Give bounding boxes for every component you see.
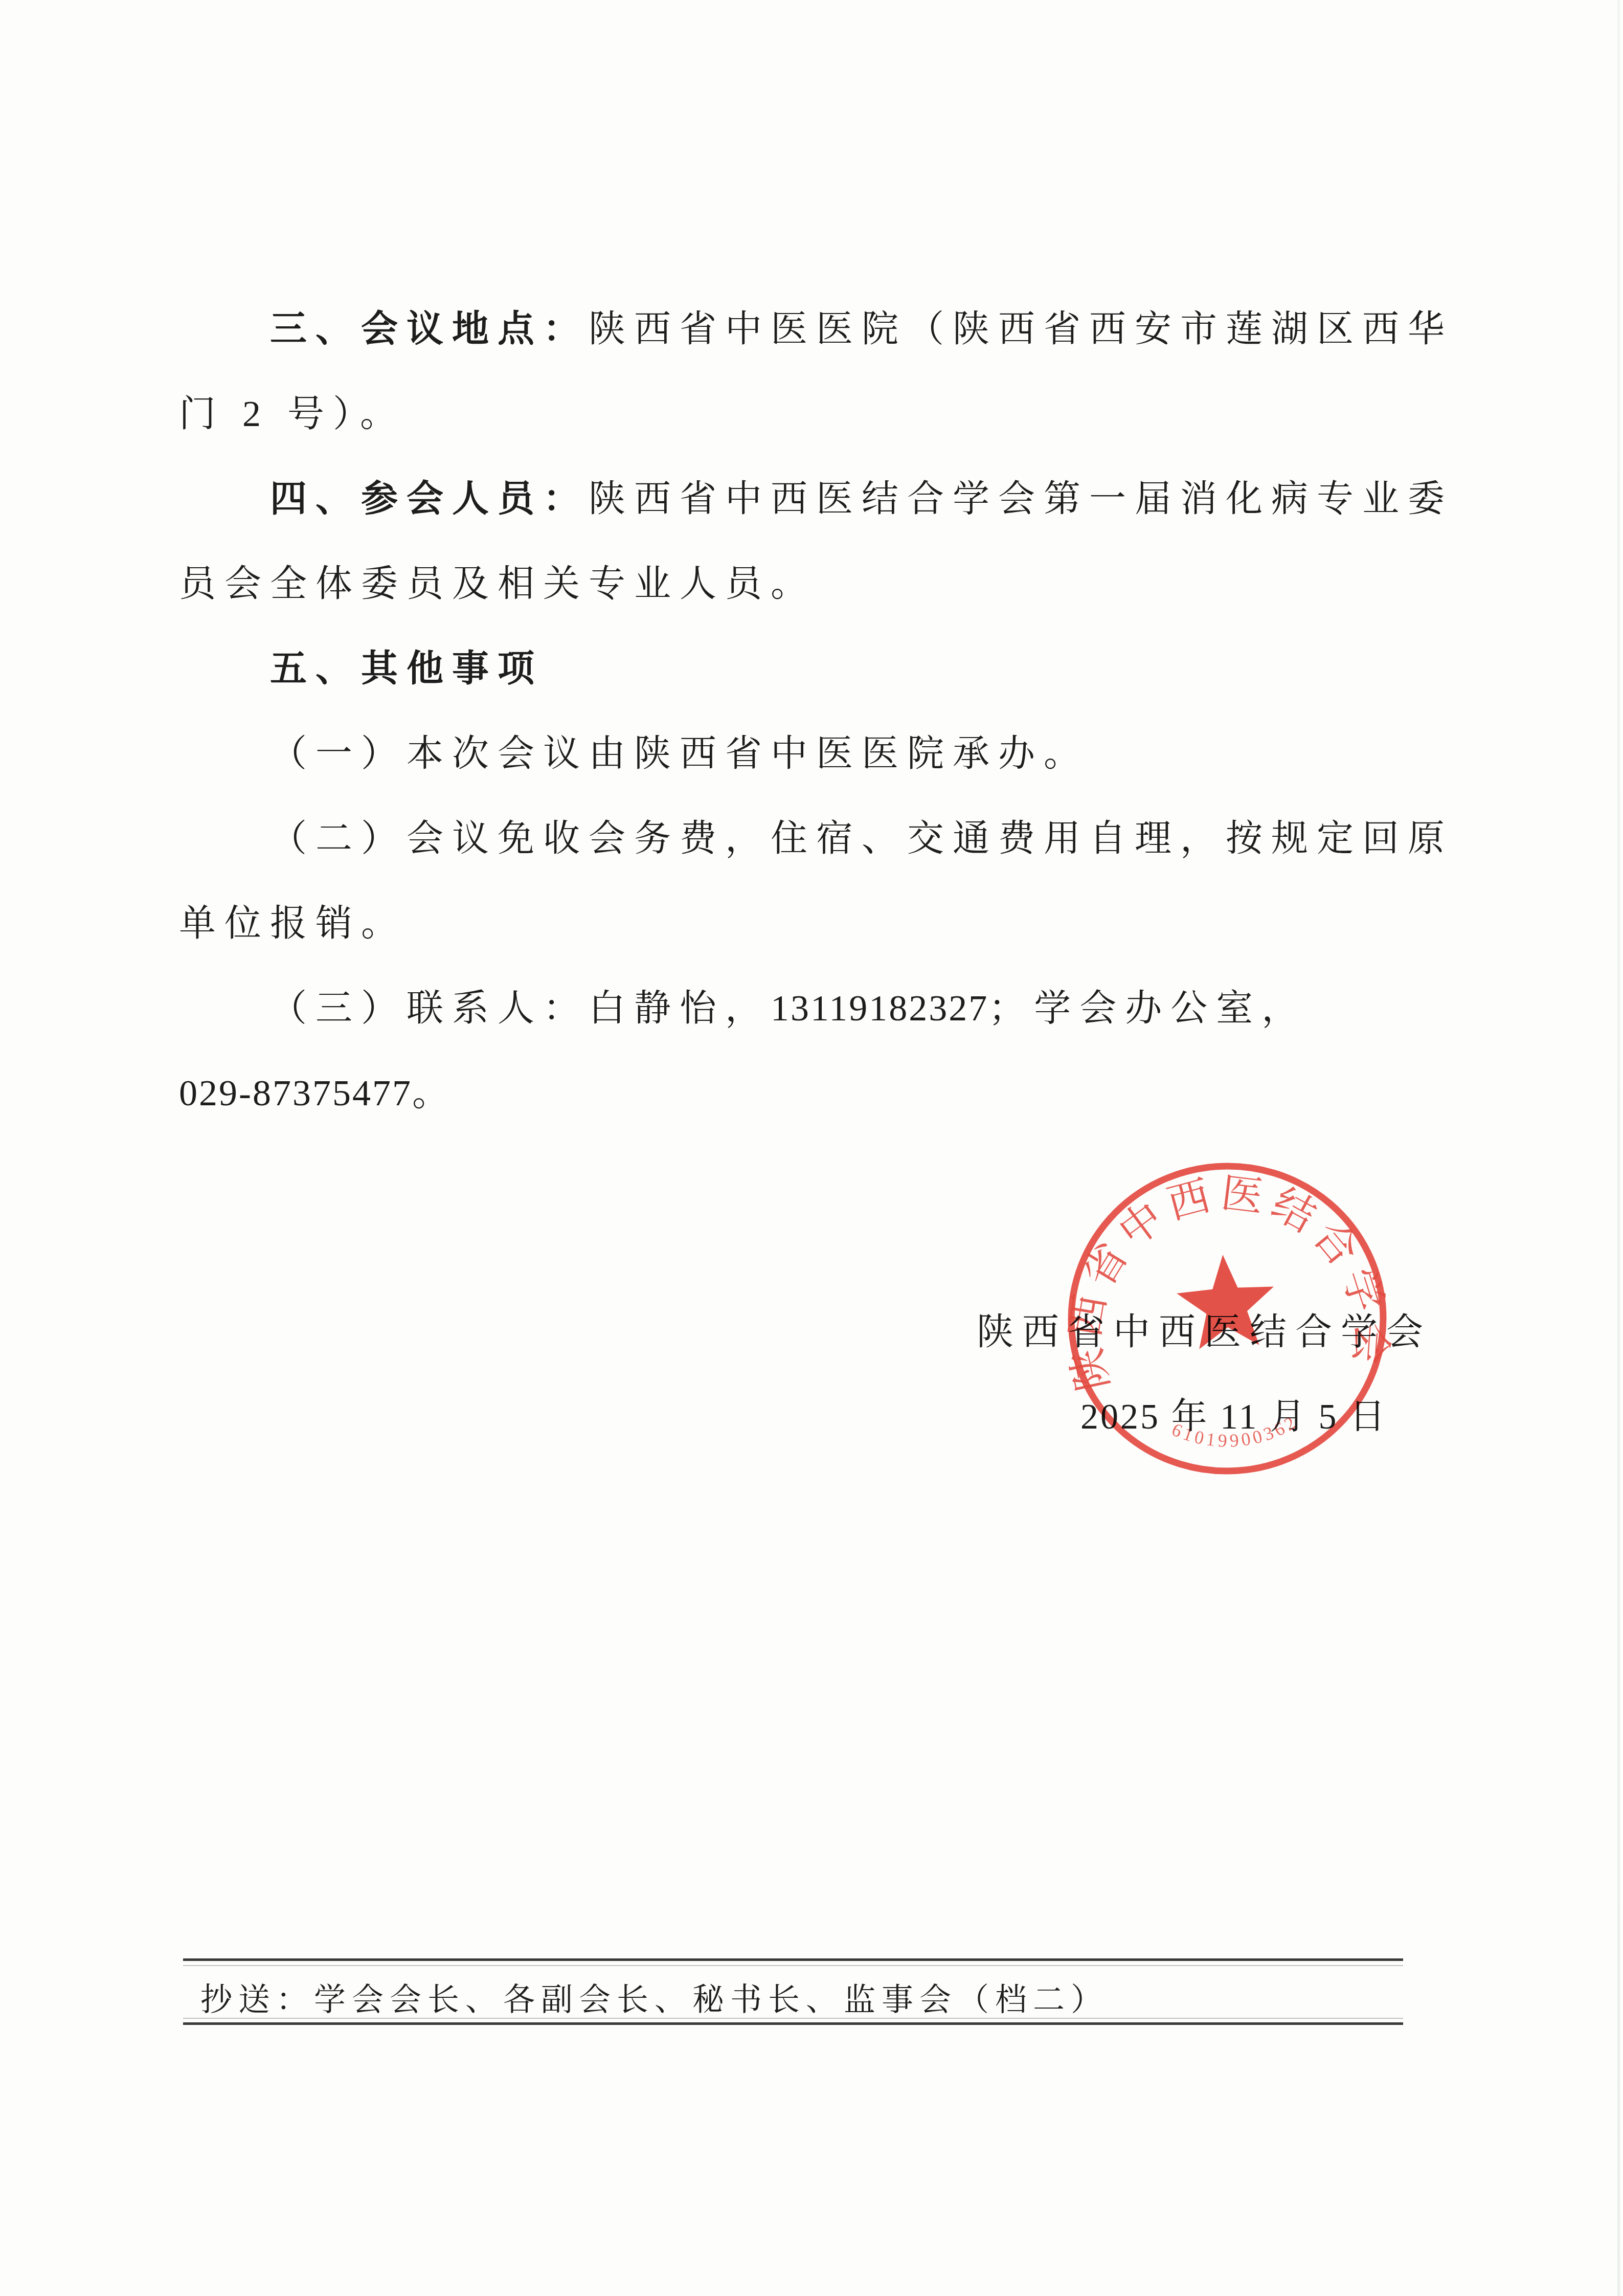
body-line: 门 2 号）。 bbox=[179, 371, 1488, 456]
body-line: 三、会议地点：陕西省中医医院（陕西省西安市莲湖区西华 bbox=[179, 286, 1488, 371]
text-segment: 员会全体委员及相关专业人员。 bbox=[179, 563, 816, 604]
body-line: 029-87375477。 bbox=[179, 1051, 1488, 1135]
seal-number: 61019900362 bbox=[1167, 1410, 1302, 1455]
footer-divider-top bbox=[183, 1958, 1403, 1961]
body-line: 单位报销。 bbox=[179, 881, 1488, 966]
text-segment: 四、参会人员： bbox=[270, 478, 589, 519]
scan-edge-artifact bbox=[1617, 0, 1620, 2296]
body-line: 五、其他事项 bbox=[179, 626, 1488, 711]
star-icon bbox=[1174, 1252, 1277, 1351]
text-segment: （二）会议免收会务费，住宿、交通费用自理，按规定回原 bbox=[270, 818, 1453, 859]
body-line: （三）联系人：白静怡，13119182327；学会办公室， bbox=[179, 966, 1488, 1051]
text-segment: 。 bbox=[412, 1073, 458, 1113]
official-seal-stamp: 陕西省中西医结合学会 61019900362 bbox=[1042, 1138, 1412, 1499]
text-segment: ；学会办公室， bbox=[988, 988, 1307, 1029]
text-segment: 门 2 号）。 bbox=[179, 393, 405, 434]
footer-divider-bottom-echo bbox=[183, 2018, 1403, 2019]
text-segment: （三）联系人：白静怡， bbox=[270, 988, 771, 1029]
footer-divider-top-echo bbox=[183, 1965, 1403, 1966]
text-segment: 三、会议地点： bbox=[270, 308, 589, 349]
body-text: 三、会议地点：陕西省中医医院（陕西省西安市莲湖区西华 门 2 号）。 四、参会人… bbox=[179, 286, 1488, 1135]
footer-divider-bottom bbox=[183, 2022, 1403, 2025]
body-line: 员会全体委员及相关专业人员。 bbox=[179, 541, 1488, 626]
text-segment: 陕西省中医医院（陕西省西安市莲湖区西华 bbox=[589, 308, 1453, 349]
body-line: （二）会议免收会务费，住宿、交通费用自理，按规定回原 bbox=[179, 796, 1488, 881]
phone-number: 029-87375477 bbox=[179, 1073, 412, 1113]
text-segment: 单位报销。 bbox=[179, 903, 407, 944]
svg-text:61019900362: 61019900362 bbox=[1167, 1410, 1302, 1455]
document-page: 三、会议地点：陕西省中医医院（陕西省西安市莲湖区西华 门 2 号）。 四、参会人… bbox=[0, 0, 1623, 2296]
body-line: （一）本次会议由陕西省中医医院承办。 bbox=[179, 711, 1488, 796]
text-segment: （一）本次会议由陕西省中医医院承办。 bbox=[270, 733, 1089, 774]
phone-number: 13119182327 bbox=[771, 988, 988, 1029]
cc-line: 抄送：学会会长、各副会长、秘书长、监事会（档二） bbox=[200, 1982, 1109, 2018]
text-segment: 五、其他事项 bbox=[270, 648, 543, 689]
text-segment: 陕西省中西医结合学会第一届消化病专业委 bbox=[589, 478, 1453, 519]
body-line: 四、参会人员：陕西省中西医结合学会第一届消化病专业委 bbox=[179, 456, 1488, 541]
